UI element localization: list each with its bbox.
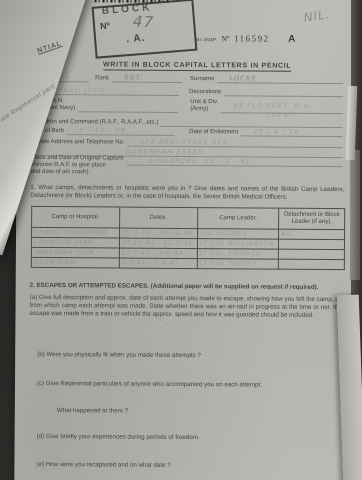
header-detachment: Detachment or Block Leader (if any). xyxy=(279,208,345,230)
question-2a: (a) Give full description and approx. da… xyxy=(29,294,345,320)
form-heading: WRITE IN BLOCK CAPITAL LETTERS IN PENCIL xyxy=(47,61,347,70)
surname-value: LOCKE xyxy=(229,74,257,82)
ref-code: M.I. 9/JAP. xyxy=(195,37,216,42)
ref-no-label: Nº xyxy=(221,34,229,43)
unit-div-field: 85 FLD REGT. R.A. 2ND BTY xyxy=(221,104,343,114)
unit-div-label: Unit & Div. (Army) xyxy=(190,99,218,113)
dates-value: 11-7-43 - 2-6-44 xyxy=(122,250,184,257)
rank-field: SGT. xyxy=(112,73,182,82)
header-dates: Dates. xyxy=(119,207,197,229)
dob-value: 8 - 12 - 08 xyxy=(79,126,126,134)
row-names-decorations: RICHARD JOHN Decorations xyxy=(31,86,343,97)
rank-value: SGT. xyxy=(124,74,143,82)
camp-value: TAMARKAN SIAM xyxy=(34,249,94,256)
detachment-value: NIL xyxy=(281,231,293,238)
address-value: 47A BEECHTREE AVE xyxy=(140,138,229,147)
leader-value: LT COL KNIGHTS xyxy=(200,250,261,257)
decorations-field xyxy=(224,87,343,97)
ref-grade: A xyxy=(288,34,295,45)
dates-value: 15-2-42 - 27-10-42 xyxy=(122,230,193,237)
question-2e: (e) How were you recaptured and on what … xyxy=(36,461,336,471)
leader-value: COL HOLMES xyxy=(200,230,248,237)
nil-annotation: NIL. xyxy=(303,7,332,25)
question-2b: (b) Were you physically fit when you mad… xyxy=(37,351,337,361)
table-row: UBON SIAM 2-6-44 - 2-9-45 LT COL TOOSEY xyxy=(31,258,344,270)
camps-table: Camp or Hospital. Dates. Camp Leader. De… xyxy=(31,206,345,271)
enlistment-field: 25 / 9 / 26 xyxy=(241,127,343,137)
dob-field: 8 - 12 - 08 xyxy=(67,126,175,136)
row-capture: Place and Date of Original Capture (Airc… xyxy=(30,155,342,178)
form-reference-number: M.I. 9/JAP. Nº 116592 A xyxy=(195,28,295,47)
question-2c: (c) Give Regimental particulars of anyon… xyxy=(37,380,337,390)
enlistment-label: Date of Enlistment xyxy=(189,129,238,136)
decorations-label: Decorations xyxy=(189,89,221,96)
block-number-stamp: BLOCK Nº 47 . A. xyxy=(92,0,198,59)
address-field: 47A BEECHTREE AVE xyxy=(128,138,343,149)
header-camp: Camp or Hospital. xyxy=(32,206,120,228)
pow-questionnaire-page: BLOCK Nº 47 . A. M.I. 9/JAP. Nº 116592 A… xyxy=(14,0,357,480)
question-2d: (d) Give briefly your experiences during… xyxy=(37,433,337,443)
question-1: 1. What camps, detachments or hospitals … xyxy=(30,184,344,202)
capture-label: Place and Date of Original Capture (Airc… xyxy=(30,155,123,176)
stamp-no-handwritten: 47 xyxy=(132,12,155,31)
stamp-suffix: . A. xyxy=(126,33,146,46)
row-number-rank-surname: 91124 Rank SGT. Surname LOCKE xyxy=(31,73,343,84)
leader-value: LT COL WILLIAMSON xyxy=(200,240,275,248)
enlistment-value: 25 / 9 / 26 xyxy=(253,127,300,135)
table-header-row: Camp or Hospital. Dates. Camp Leader. De… xyxy=(32,206,345,230)
ref-number: 116592 xyxy=(234,33,270,43)
rank-label: Rank xyxy=(95,75,109,82)
row-dob-enlistment: Date of Birth 8 - 12 - 08 Date of Enlist… xyxy=(31,126,343,137)
page-stack-edge-mid xyxy=(350,150,360,280)
unit-div-value: 85 FLD REGT. R.A. xyxy=(233,101,312,110)
question-2c-followup: What happened to them ? xyxy=(57,407,337,417)
section-2-title: 2. ESCAPES OR ATTEMPTED ESCAPES. (Additi… xyxy=(30,282,344,292)
dates-value: 2-6-44 - 2-9-45 xyxy=(121,260,178,267)
row-navy-unit: R.N., R.A.N. (Merchant Navy) Unit & Div.… xyxy=(31,98,343,114)
address-label: Private Address and Telephone No. xyxy=(31,139,125,147)
camp-value: CHANGI SINGAPORE xyxy=(34,229,108,237)
capture-value: SINGAPORE. 15 - 2 - 42 xyxy=(149,157,251,166)
surname-field: LOCKE xyxy=(217,74,343,84)
stamp-no-label: Nº xyxy=(100,20,111,31)
leader-value: LT COL TOOSEY xyxy=(200,260,258,267)
header-camp-leader: Camp Leader. xyxy=(197,208,279,230)
navy-field xyxy=(78,103,178,113)
camp-value: UBON SIAM xyxy=(34,259,76,266)
dates-value: 27-10-42 - 11-7-43 xyxy=(122,240,193,247)
surname-label: Surname xyxy=(190,76,214,83)
capture-field: SINGAPORE. 15 - 2 - 42 xyxy=(127,156,343,168)
camp-value: CHUNGKAI SIAM xyxy=(34,239,93,246)
